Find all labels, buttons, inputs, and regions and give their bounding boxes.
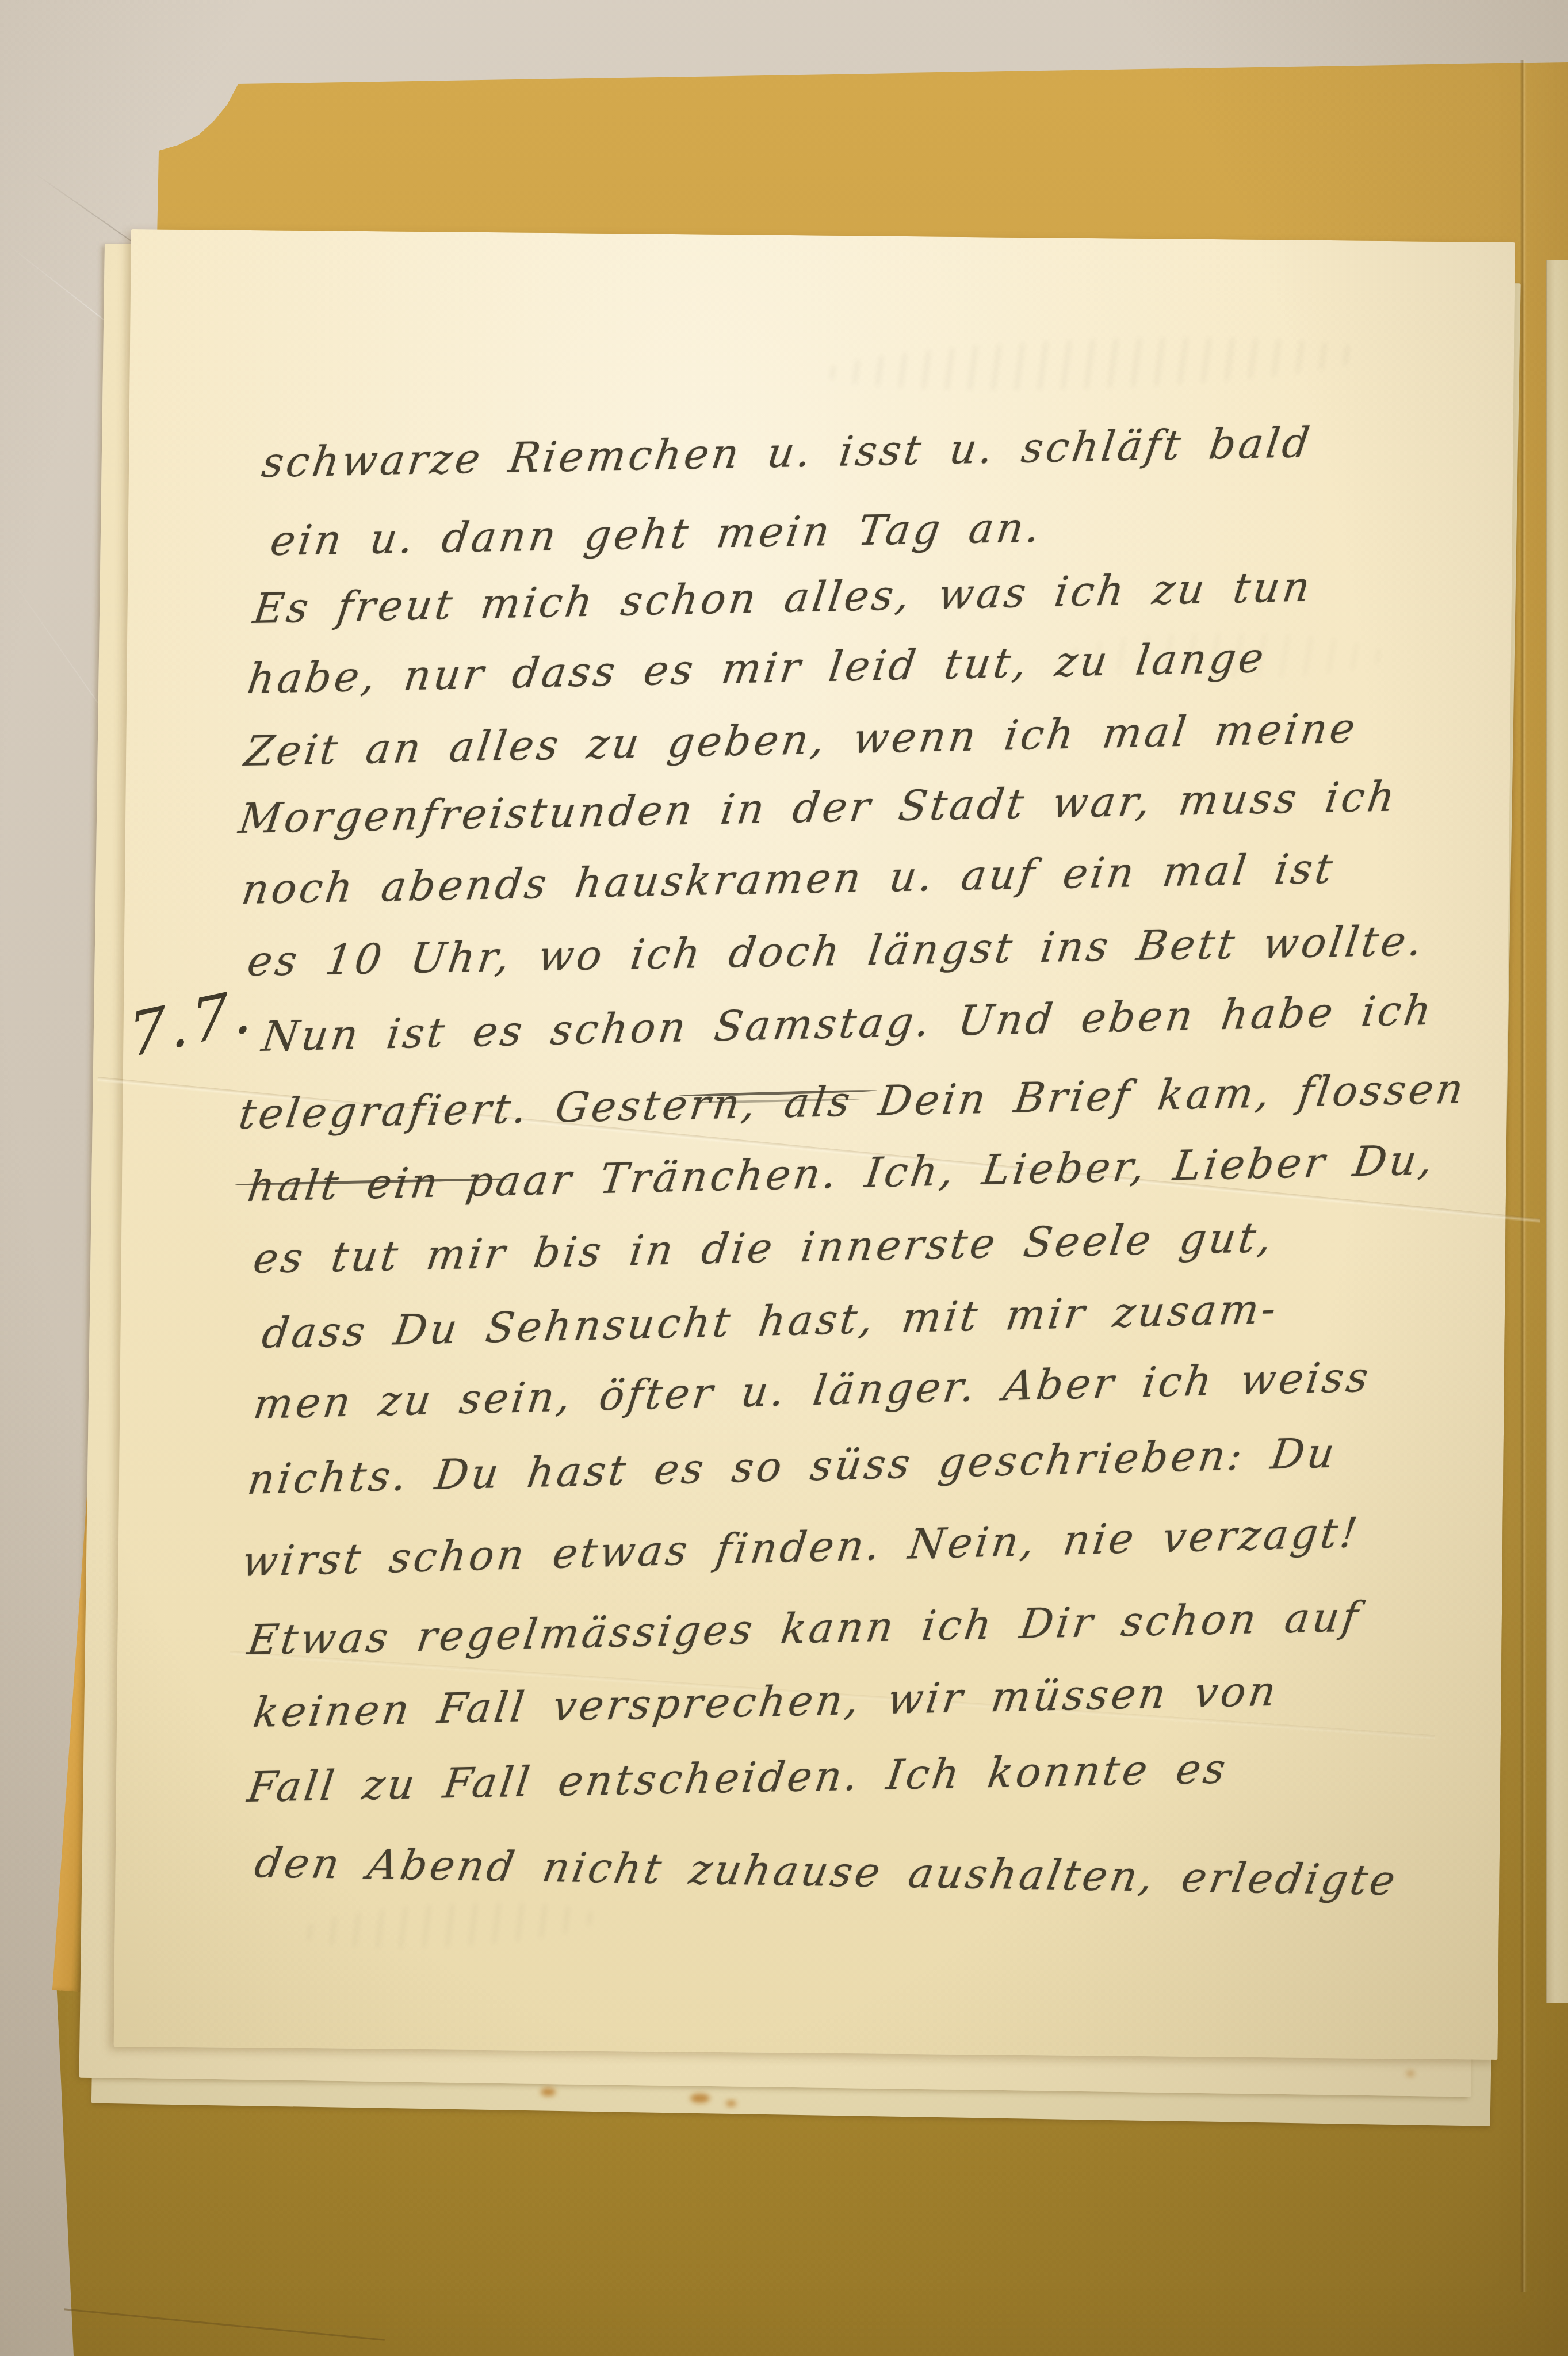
- folder-fold-crease: [1520, 60, 1527, 2292]
- rust-stain: [541, 2088, 556, 2096]
- photo-scene: 7.7. schwarze Riemchen u. isst u. schläf…: [0, 0, 1568, 2356]
- rust-stain: [726, 2101, 736, 2106]
- second-page-edge: [1546, 260, 1568, 2003]
- rust-stain: [1406, 2071, 1414, 2076]
- rust-stain: [690, 2094, 710, 2103]
